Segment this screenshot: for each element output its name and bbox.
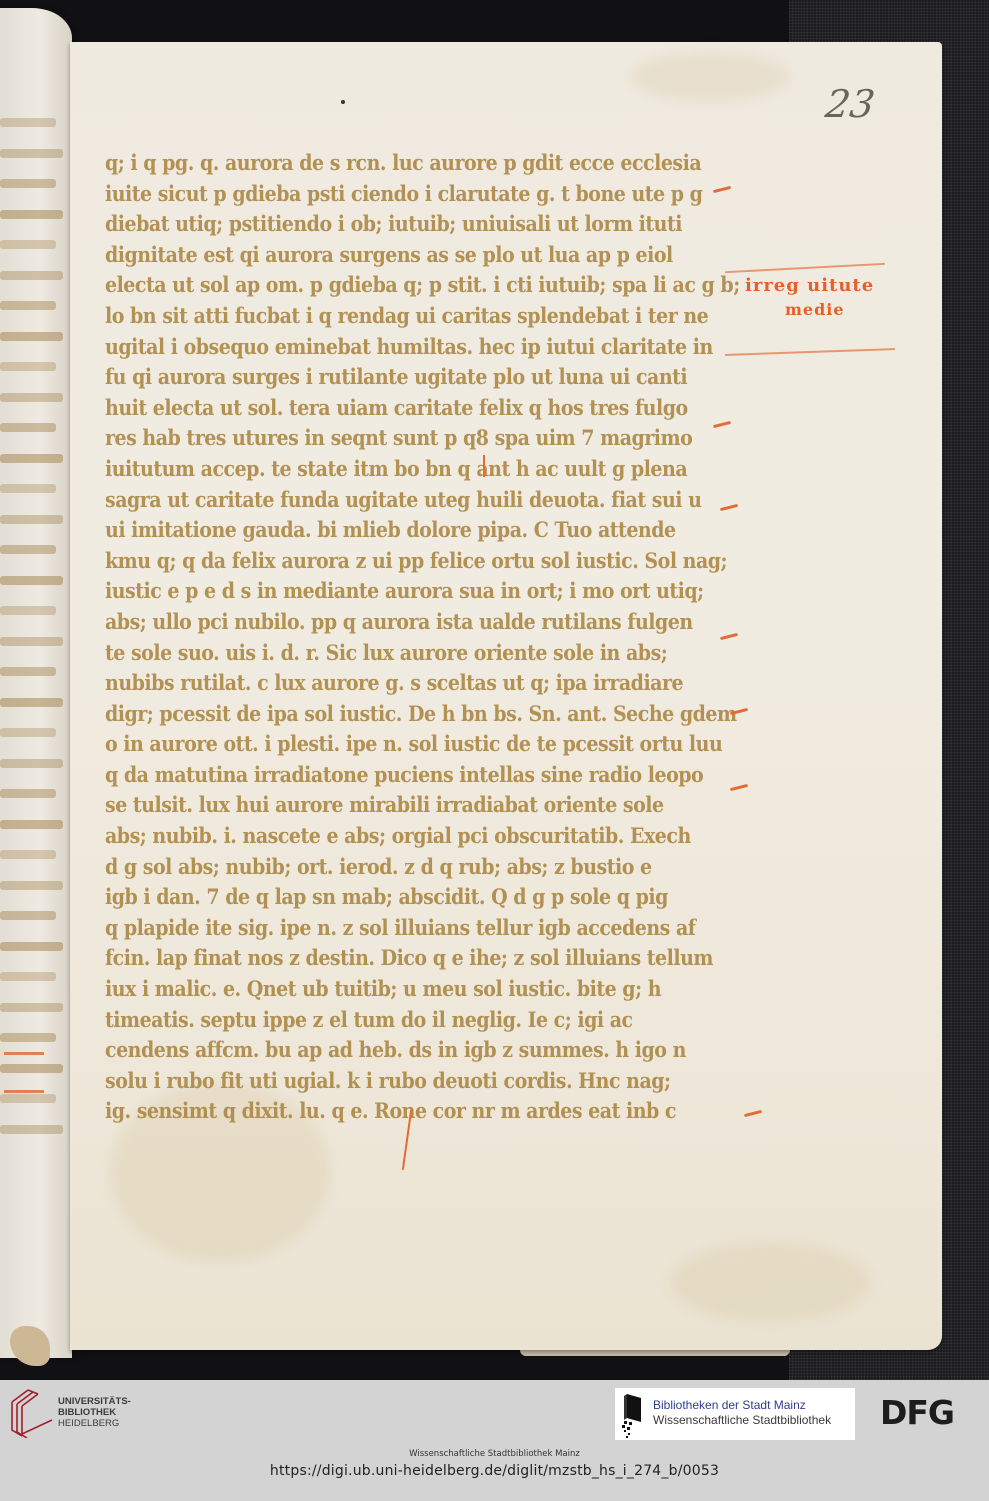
facing-page-left bbox=[0, 8, 72, 1358]
footer: UNIVERSITÄTS- BIBLIOTHEK HEIDELBERG Bibl… bbox=[0, 1380, 989, 1501]
bleed-through-text bbox=[0, 606, 56, 615]
bleed-through-text bbox=[0, 484, 56, 493]
bleed-through-text bbox=[0, 759, 63, 768]
manuscript-line-text: te sole suo. uis i. d. r. Sic lux aurore… bbox=[105, 640, 667, 665]
mainz-library-logo[interactable]: Bibliotheken der Stadt Mainz Wissenschaf… bbox=[615, 1388, 855, 1440]
bleed-through-text bbox=[0, 515, 63, 524]
manuscript-line-text: diebat utiq; pstitiendo i ob; iutuib; un… bbox=[105, 212, 682, 237]
logo-line-3: HEIDELBERG bbox=[58, 1418, 131, 1429]
bleed-through-text bbox=[0, 728, 56, 737]
mainz-library-name: Bibliotheken der Stadt Mainz Wissenschaf… bbox=[653, 1398, 831, 1428]
rubric-stroke bbox=[483, 455, 485, 477]
manuscript-line-text: ui imitatione gauda. bi mlieb dolore pip… bbox=[105, 518, 676, 543]
manuscript-line-text: iux i malic. e. Qnet ub tuitib; u meu so… bbox=[105, 977, 661, 1002]
bleed-through-text bbox=[0, 1033, 56, 1042]
manuscript-line: q; i q pg. q. aurora de s rcn. luc auror… bbox=[105, 146, 765, 181]
bleed-through-text bbox=[0, 667, 56, 676]
bleed-through-text bbox=[0, 179, 56, 188]
manuscript-line-text: abs; ullo pci nubilo. pp q aurora ista u… bbox=[105, 610, 693, 635]
bleed-through-text bbox=[0, 972, 56, 981]
manuscript-line-text: timeatis. septu ippe z el tum do il negl… bbox=[105, 1007, 633, 1032]
manuscript-line-text: dignitate est qi aurora surgens as se pl… bbox=[105, 242, 673, 267]
bleed-through-text bbox=[0, 1125, 63, 1134]
bleed-through-text bbox=[0, 393, 63, 402]
ink-dot bbox=[341, 100, 345, 104]
manuscript-line-text: fu qi aurora surges i rutilante ugitate … bbox=[105, 365, 687, 390]
bleed-through-text bbox=[0, 942, 63, 951]
bleed-through-text bbox=[0, 271, 63, 280]
bleed-through-text bbox=[0, 301, 56, 310]
manuscript-text: q; i q pg. q. aurora de s rcn. luc auror… bbox=[105, 148, 765, 1127]
manuscript-line-text: igb i dan. 7 de q lap sn mab; abscidit. … bbox=[105, 885, 668, 910]
bleed-through-text bbox=[0, 637, 63, 646]
manuscript-line: abs; nubib. i. nascete e abs; orgial pci… bbox=[105, 819, 765, 854]
torn-corner bbox=[10, 1326, 50, 1366]
bleed-through-rubric bbox=[4, 1052, 44, 1055]
bleed-through-text bbox=[0, 881, 63, 890]
manuscript-line-text: solu i rubo fit uti ugial. k i rubo deuo… bbox=[105, 1068, 671, 1093]
bleed-through-text bbox=[0, 149, 63, 158]
dfg-logo[interactable]: DFG bbox=[880, 1393, 954, 1432]
book-pixel-icon bbox=[621, 1392, 645, 1438]
logo-line-2: BIBLIOTHEK bbox=[58, 1407, 131, 1418]
manuscript-line-text: q; i q pg. q. aurora de s rcn. luc auror… bbox=[105, 151, 701, 176]
manuscript-line-text: q plapide ite sig. ipe n. z sol illuians… bbox=[105, 915, 695, 940]
marginal-note-line-2: medie bbox=[785, 300, 925, 319]
manuscript-line: abs; ullo pci nubilo. pp q aurora ista u… bbox=[105, 605, 765, 640]
bleed-through-rubric bbox=[4, 1090, 44, 1093]
manuscript-line-text: q da matutina irradiatone puciens intell… bbox=[105, 763, 703, 788]
bleed-through-text bbox=[0, 911, 56, 920]
holding-institution: Wissenschaftliche Stadtbibliothek Mainz bbox=[0, 1449, 989, 1459]
mainz-line-2: Wissenschaftliche Stadtbibliothek bbox=[653, 1413, 831, 1428]
manuscript-line-text: iuite sicut p gdieba psti ciendo i claru… bbox=[105, 181, 702, 206]
mainz-line-1: Bibliotheken der Stadt Mainz bbox=[653, 1398, 831, 1413]
manuscript-line-text: electa ut sol ap om. p gdieba q; p stit.… bbox=[105, 273, 740, 298]
ub-heidelberg-logo-icon[interactable] bbox=[8, 1386, 53, 1438]
manuscript-line: ig. sensimt q dixit. lu. q e. Rone cor n… bbox=[105, 1094, 765, 1129]
manuscript-line-text: ig. sensimt q dixit. lu. q e. Rone cor n… bbox=[105, 1099, 676, 1124]
ub-heidelberg-logo-text: UNIVERSITÄTS- BIBLIOTHEK HEIDELBERG bbox=[58, 1396, 131, 1429]
marginal-note-line-1: irreg uitute bbox=[745, 275, 925, 296]
folio-number: 23 bbox=[823, 82, 878, 126]
permalink-url[interactable]: https://digi.ub.uni-heidelberg.de/diglit… bbox=[0, 1463, 989, 1479]
bleed-through-text bbox=[0, 118, 56, 127]
manuscript-line-text: lo bn sit atti fucbat i q rendag ui cari… bbox=[105, 304, 708, 329]
bleed-through-text bbox=[0, 240, 56, 249]
bleed-through-text bbox=[0, 576, 63, 585]
manuscript-line: nubibs rutilat. c lux aurore g. s scelta… bbox=[105, 666, 765, 701]
bleed-through-text bbox=[0, 454, 63, 463]
manuscript-line-text: o in aurore ott. i plesti. ipe n. sol iu… bbox=[105, 732, 722, 757]
manuscript-line-text: d g sol abs; nubib; ort. ierod. z d q ru… bbox=[105, 854, 652, 879]
manuscript-line-text: sagra ut caritate funda ugitate uteg hui… bbox=[105, 487, 701, 512]
bleed-through-text bbox=[0, 850, 56, 859]
manuscript-line-text: cendens affcm. bu ap ad heb. ds in igb z… bbox=[105, 1038, 686, 1063]
bleed-through-text bbox=[0, 423, 56, 432]
manuscript-line-text: digr; pcessit de ipa sol iustic. De h bn… bbox=[105, 701, 737, 726]
bleed-through-text bbox=[0, 332, 63, 341]
manuscript-line-text: res hab tres utures in seqnt sunt p q8 s… bbox=[105, 426, 692, 451]
stain bbox=[630, 52, 790, 102]
manuscript-line: lo bn sit atti fucbat i q rendag ui cari… bbox=[105, 299, 765, 334]
manuscript-line-text: kmu q; q da felix aurora z ui pp felice … bbox=[105, 548, 727, 573]
bleed-through-text bbox=[0, 210, 63, 219]
manuscript-line-text: se tulsit. lux hui aurore mirabili irrad… bbox=[105, 793, 664, 818]
manuscript-scan: 23 q; i q pg. q. aurora de s rcn. luc au… bbox=[0, 0, 989, 1380]
bleed-through-text bbox=[0, 698, 63, 707]
manuscript-line-text: fcin. lap finat nos z destin. Dico q e i… bbox=[105, 946, 713, 971]
bleed-through-text bbox=[0, 1094, 56, 1103]
bleed-through-text bbox=[0, 545, 56, 554]
manuscript-line-text: nubibs rutilat. c lux aurore g. s scelta… bbox=[105, 671, 683, 696]
stain bbox=[670, 1242, 870, 1322]
manuscript-line: iux i malic. e. Qnet ub tuitib; u meu so… bbox=[105, 972, 765, 1007]
marginal-note: irreg uitute medie bbox=[745, 275, 925, 319]
logo-line-1: UNIVERSITÄTS- bbox=[58, 1396, 131, 1407]
manuscript-line-text: iuitutum accep. te state itm bo bn q ant… bbox=[105, 457, 687, 482]
bleed-through-text bbox=[0, 1064, 63, 1073]
bleed-through-text bbox=[0, 789, 56, 798]
bleed-through-text bbox=[0, 820, 63, 829]
bleed-through-text bbox=[0, 362, 56, 371]
manuscript-line-text: ugital i obsequo eminebat humiltas. hec … bbox=[105, 334, 713, 359]
manuscript-line-text: abs; nubib. i. nascete e abs; orgial pci… bbox=[105, 824, 691, 849]
manuscript-line: iuitutum accep. te state itm bo bn q ant… bbox=[105, 452, 765, 487]
manuscript-line-text: huit electa ut sol. tera uiam caritate f… bbox=[105, 395, 688, 420]
manuscript-line-text: iustic e p e d s in mediante aurora sua … bbox=[105, 579, 704, 604]
bleed-through-text bbox=[0, 1003, 63, 1012]
